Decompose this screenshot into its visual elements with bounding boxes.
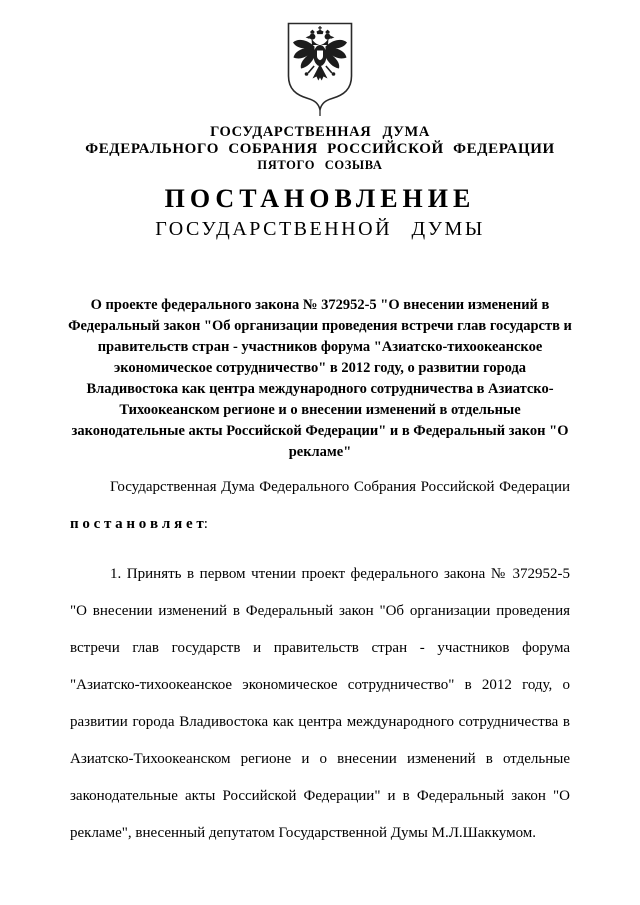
resolution-clause: Государственная Дума Федерального Собран… (70, 469, 570, 543)
document-title: ПОСТАНОВЛЕНИЕ ГОСУДАРСТВЕННОЙ ДУМЫ (0, 184, 640, 242)
resolution-verb: п о с т а н о в л я е т (70, 516, 204, 532)
subject-paragraph: О проекте федерального закона № 372952-5… (67, 295, 573, 463)
russia-coat-of-arms-icon (287, 22, 353, 116)
authority-name: ГОСУДАРСТВЕННАЯ ДУМА (0, 124, 640, 141)
resolution-clause-lead: Государственная Дума Федерального Собран… (110, 479, 570, 495)
document-body: Государственная Дума Федерального Собран… (70, 469, 570, 852)
authority-parent: ФЕДЕРАЛЬНОГО СОБРАНИЯ РОССИЙСКОЙ ФЕДЕРАЦ… (0, 141, 640, 158)
document-type-title: ПОСТАНОВЛЕНИЕ (0, 184, 640, 214)
convocation: ПЯТОГО СОЗЫВА (0, 158, 640, 173)
document-issuer-title: ГОСУДАРСТВЕННОЙ ДУМЫ (0, 216, 640, 242)
resolution-document-page: ГОСУДАРСТВЕННАЯ ДУМА ФЕДЕРАЛЬНОГО СОБРАН… (0, 0, 640, 905)
resolution-clause-colon: : (204, 516, 208, 532)
resolution-item-1: 1. Принять в первом чтении проект федера… (70, 556, 570, 852)
issuing-authority-header: ГОСУДАРСТВЕННАЯ ДУМА ФЕДЕРАЛЬНОГО СОБРАН… (0, 124, 640, 173)
